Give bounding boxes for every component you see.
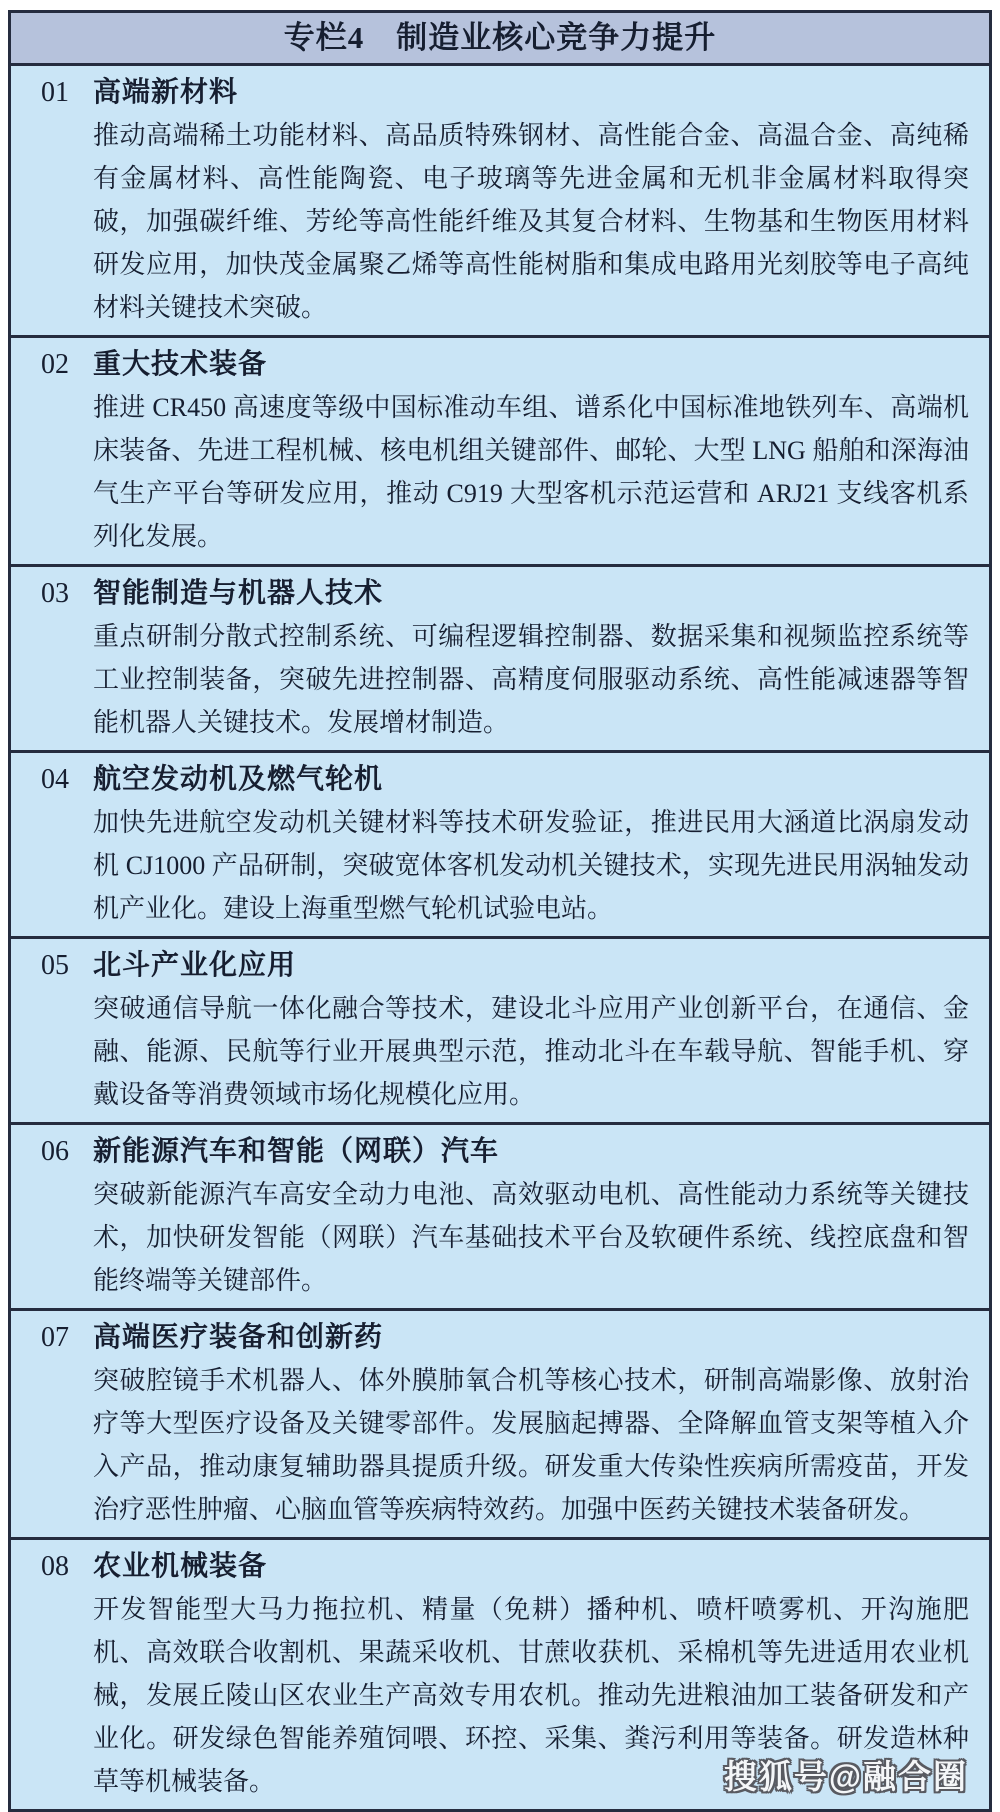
section: 01 高端新材料 推动高端稀土功能材料、高品质特殊钢材、高性能合金、高温合金、高… — [11, 63, 989, 335]
section-body: 突破腔镜手术机器人、体外膜肺氧合机等核心技术，研制高端影像、放射治疗等大型医疗设… — [93, 1359, 969, 1531]
section-body: 推进 CR450 高速度等级中国标准动车组、谱系化中国标准地铁列车、高端机床装备… — [93, 386, 969, 558]
section-body: 突破新能源汽车高安全动力电池、高效驱动电机、高性能动力系统等关键技术，加快研发智… — [93, 1173, 969, 1302]
section: 07 高端医疗装备和创新药 突破腔镜手术机器人、体外膜肺氧合机等核心技术，研制高… — [11, 1308, 989, 1537]
section: 03 智能制造与机器人技术 重点研制分散式控制系统、可编程逻辑控制器、数据采集和… — [11, 564, 989, 750]
section-header: 01 高端新材料 — [41, 71, 969, 114]
section-number: 03 — [41, 572, 93, 615]
section-title: 航空发动机及燃气轮机 — [93, 758, 383, 801]
section-title: 新能源汽车和智能（网联）汽车 — [93, 1130, 499, 1173]
section-title: 高端新材料 — [93, 71, 238, 114]
section: 05 北斗产业化应用 突破通信导航一体化融合等技术，建设北斗应用产业创新平台，在… — [11, 936, 989, 1122]
section-header: 04 航空发动机及燃气轮机 — [41, 758, 969, 801]
section-title: 智能制造与机器人技术 — [93, 572, 383, 615]
section-title: 农业机械装备 — [93, 1545, 267, 1588]
watermark-text: 搜狐号@融合圈 — [724, 1751, 968, 1798]
section: 06 新能源汽车和智能（网联）汽车 突破新能源汽车高安全动力电池、高效驱动电机、… — [11, 1122, 989, 1308]
section-body: 加快先进航空发动机关键材料等技术研发验证，推进民用大涵道比涡扇发动机 CJ100… — [93, 801, 969, 930]
feature-column-panel: 专栏4 制造业核心竞争力提升 01 高端新材料 推动高端稀土功能材料、高品质特殊… — [8, 10, 992, 1812]
section-header: 03 智能制造与机器人技术 — [41, 572, 969, 615]
section-number: 08 — [41, 1545, 93, 1588]
section-number: 05 — [41, 944, 93, 987]
section-number: 06 — [41, 1130, 93, 1173]
section-title: 重大技术装备 — [93, 343, 267, 386]
section-number: 02 — [41, 343, 93, 386]
section-number: 04 — [41, 758, 93, 801]
section-title: 高端医疗装备和创新药 — [93, 1316, 383, 1359]
panel-title: 专栏4 制造业核心竞争力提升 — [11, 13, 989, 63]
section-header: 02 重大技术装备 — [41, 343, 969, 386]
section: 04 航空发动机及燃气轮机 加快先进航空发动机关键材料等技术研发验证，推进民用大… — [11, 750, 989, 936]
section: 02 重大技术装备 推进 CR450 高速度等级中国标准动车组、谱系化中国标准地… — [11, 335, 989, 564]
section-header: 06 新能源汽车和智能（网联）汽车 — [41, 1130, 969, 1173]
section-title: 北斗产业化应用 — [93, 944, 296, 987]
section-number: 01 — [41, 71, 93, 114]
section-header: 05 北斗产业化应用 — [41, 944, 969, 987]
section-header: 07 高端医疗装备和创新药 — [41, 1316, 969, 1359]
section-number: 07 — [41, 1316, 93, 1359]
section-body: 突破通信导航一体化融合等技术，建设北斗应用产业创新平台，在通信、金融、能源、民航… — [93, 987, 969, 1116]
section-list: 01 高端新材料 推动高端稀土功能材料、高品质特殊钢材、高性能合金、高温合金、高… — [11, 63, 989, 1809]
section-body: 重点研制分散式控制系统、可编程逻辑控制器、数据采集和视频监控系统等工业控制装备，… — [93, 615, 969, 744]
section-header: 08 农业机械装备 — [41, 1545, 969, 1588]
section-body: 推动高端稀土功能材料、高品质特殊钢材、高性能合金、高温合金、高纯稀有金属材料、高… — [93, 114, 969, 329]
